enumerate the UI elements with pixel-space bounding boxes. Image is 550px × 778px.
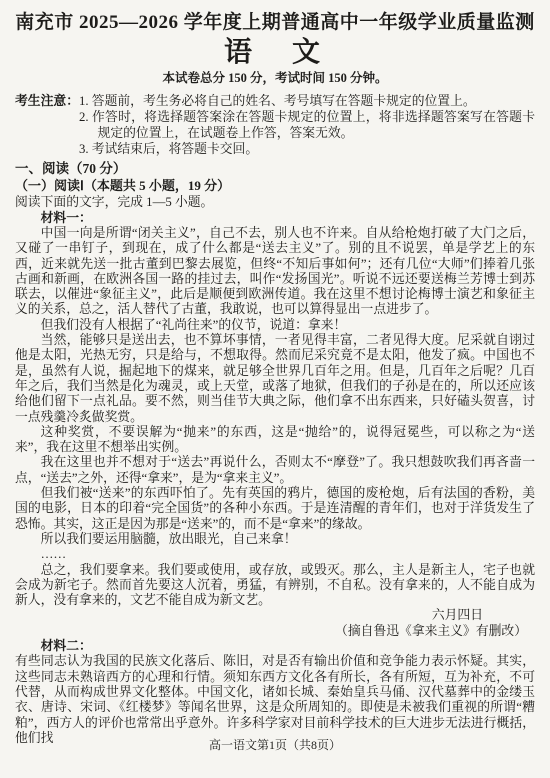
notice-item-3: 3. 考试结束后，将答题卡交回。: [79, 141, 535, 157]
notice-item-1: 1. 答题前，考生务必将自己的姓名、考号填写在答题卡规定的位置上。: [79, 93, 535, 109]
material1-paragraph-9: 总之，我们要拿来。我们要或使用，或存放，或毁灭。那么，主人是新主人，宅子也就会成…: [15, 563, 535, 609]
material1-paragraph-6: 但我们被“送来”的东西吓怕了。先有英国的鸦片，德国的废枪炮，后有法国的香粉，美国…: [15, 486, 535, 532]
material1-date-line: 六月四日: [15, 608, 535, 623]
page-footer: 高一语文第1页（共8页）: [0, 738, 550, 752]
exam-paper: 南充市 2025—2026 学年度上期普通高中一年级学业质量监测 语 文 本试卷…: [0, 0, 550, 778]
page-number-label: 高一语文第1页（共8页）: [209, 738, 341, 752]
material1-label: 材料一：: [15, 211, 535, 226]
material1-paragraph-7: 所以我们要运用脑髓，放出眼光，自己来拿！: [15, 532, 535, 547]
material1-source-line: （摘自鲁迅《拿来主义》有删改）: [15, 624, 535, 639]
material1-paragraph-4: 这种奖赏，不要误解为“抛来”的东西，这是“抛给”的，说得冠冕些，可以称之为“送来…: [15, 425, 535, 456]
notice-item-2: 2. 作答时，将选择题答案涂在答题卡规定的位置上，将非选择题答案写在答题卡规定的…: [79, 109, 535, 141]
material1-paragraph-3: 当然，能够只是送出去，也不算坏事情，一者见得丰富，二者见得大度。尼采就自诩过他是…: [15, 333, 535, 425]
exam-title: 南充市 2025—2026 学年度上期普通高中一年级学业质量监测: [15, 12, 535, 34]
candidate-notice: 考生注意： 1. 答题前，考生务必将自己的姓名、考号填写在答题卡规定的位置上。 …: [15, 93, 535, 157]
material1-paragraph-5: 我在这里也并不想对于“送去”再说什么，否则太不“摩登”了。我只想鼓吹我们再吝啬一…: [15, 455, 535, 486]
material1-paragraph-2: 但我们没有人根据了“礼尚往来”的仪节，说道：拿来！: [15, 318, 535, 333]
exam-meta: 本试卷总分 150 分，考试时间 150 分钟。: [15, 71, 535, 86]
material2-paragraph-1: 有些同志认为我国的民族文化落后、陈旧，对是否有输出价值和竞争能力表示怀疑。其实，…: [15, 654, 535, 746]
material1-ellipsis-line: ……: [15, 547, 535, 562]
notice-list: 1. 答题前，考生务必将自己的姓名、考号填写在答题卡规定的位置上。 2. 作答时…: [79, 93, 535, 157]
reading-instruction: 阅读下面的文字，完成 1—5 小题。: [15, 195, 535, 211]
material2-label: 材料二：: [15, 639, 535, 654]
exam-subject: 语 文: [15, 37, 535, 68]
subsection-heading-reading1: （一）阅读Ⅰ（本题共 5 小题，19 分）: [15, 178, 535, 194]
material1-paragraph-1: 中国一向是所谓“闭关主义”，自己不去，别人也不许来。自从给枪炮打破了大门之后，又…: [15, 226, 535, 318]
notice-label: 考生注意：: [15, 93, 79, 157]
section-heading-reading: 一、阅读（70 分）: [15, 161, 535, 177]
